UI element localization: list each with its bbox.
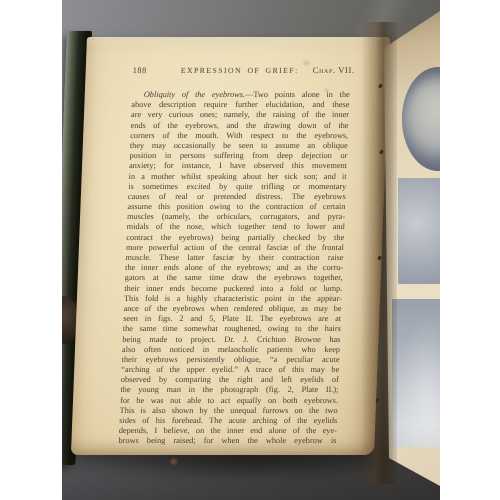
plate-photo-upper <box>398 178 440 284</box>
chapter-label: Chap. VII. <box>313 65 355 75</box>
text-line: contract the eyebrows) being partially c… <box>126 233 344 243</box>
page-text: Obliquity of the eyebrows.—Two points al… <box>118 90 350 447</box>
text-line: corners of the mouth. With respect to th… <box>130 131 348 141</box>
text-line: observed by comparing the right and left… <box>121 375 339 385</box>
text-line: their eyebrows persistently oblique, “a … <box>121 355 339 365</box>
text-line: the young man in the photograph (fig. 2,… <box>120 385 338 395</box>
running-header-title: EXPRESSION OF GRIEF: <box>167 66 313 75</box>
text-line: above description require further elucid… <box>131 100 349 110</box>
text-line: position in persons suffering from deep … <box>129 151 347 161</box>
plate-photo-lower <box>392 299 440 447</box>
text-line: depends, I believe, on the inner end alo… <box>119 426 337 436</box>
text-line: This is also shown by the unequal furrow… <box>119 406 337 416</box>
text-line: muscles (namely, the orbiculars, corruga… <box>127 212 345 222</box>
page-number: 188 <box>133 66 167 75</box>
text-line: midals of the nose, which together tend … <box>126 222 344 232</box>
text-line: for he was not able to act equally on bo… <box>120 396 338 406</box>
text-line: is sometimes excited by quite trifling o… <box>128 182 346 192</box>
gutter-shadow <box>361 22 397 484</box>
text-line: the same time somewhat roughened, owing … <box>123 324 341 334</box>
text-line: they may occasionally be seen to assume … <box>130 141 348 151</box>
text-line: ends of the eyebrows, and the drawing do… <box>130 121 348 131</box>
running-head: 188 EXPRESSION OF GRIEF: Chap. VII. <box>133 65 355 75</box>
text-line: in a mother whilst speaking about her si… <box>128 172 346 182</box>
text-line: Obliquity of the eyebrows.—Two points al… <box>132 90 350 100</box>
text-line: gators at the same time draw the eyebrow… <box>125 273 343 283</box>
text-line: their inner ends become puckered into a … <box>124 284 342 294</box>
text-line: ance of the eyebrows when rendered obliq… <box>123 304 341 314</box>
text-line: brows being raised; for when the whole e… <box>118 436 336 446</box>
text-line: the inner ends alone of the eyebrows; an… <box>125 263 343 273</box>
text-line: This fold is a highly characteristic poi… <box>124 294 342 304</box>
text-page: 188 EXPRESSION OF GRIEF: Chap. VII. Obli… <box>71 37 390 455</box>
text-line: assume this position owing to the contra… <box>127 202 345 212</box>
text-line: more powerful action of the central fasc… <box>126 243 344 253</box>
text-line: “arching of the upper eyelid.” A trace o… <box>121 365 339 375</box>
text-line: causes of real or pretended distress. Th… <box>128 192 346 202</box>
book-photograph: 188 EXPRESSION OF GRIEF: Chap. VII. Obli… <box>62 0 440 500</box>
text-line: also often noticed in melancholic patien… <box>122 345 340 355</box>
text-line: anxiety; for instance, I have observed t… <box>129 161 347 171</box>
oval-portrait-photo <box>402 67 440 171</box>
text-line: sides of his forehead. The acute arching… <box>119 416 337 426</box>
text-line: being made to project. Dr. J. Crichton B… <box>122 335 340 345</box>
text-line: muscle. These latter fasciæ by their con… <box>125 253 343 263</box>
text-line: seen in figs. 2 and 5, Plate II. The eye… <box>123 314 341 324</box>
text-line: are very curious ones; namely, the raisi… <box>131 110 349 120</box>
section-lead-italic: Obliquity of the eyebrows. <box>144 90 246 99</box>
